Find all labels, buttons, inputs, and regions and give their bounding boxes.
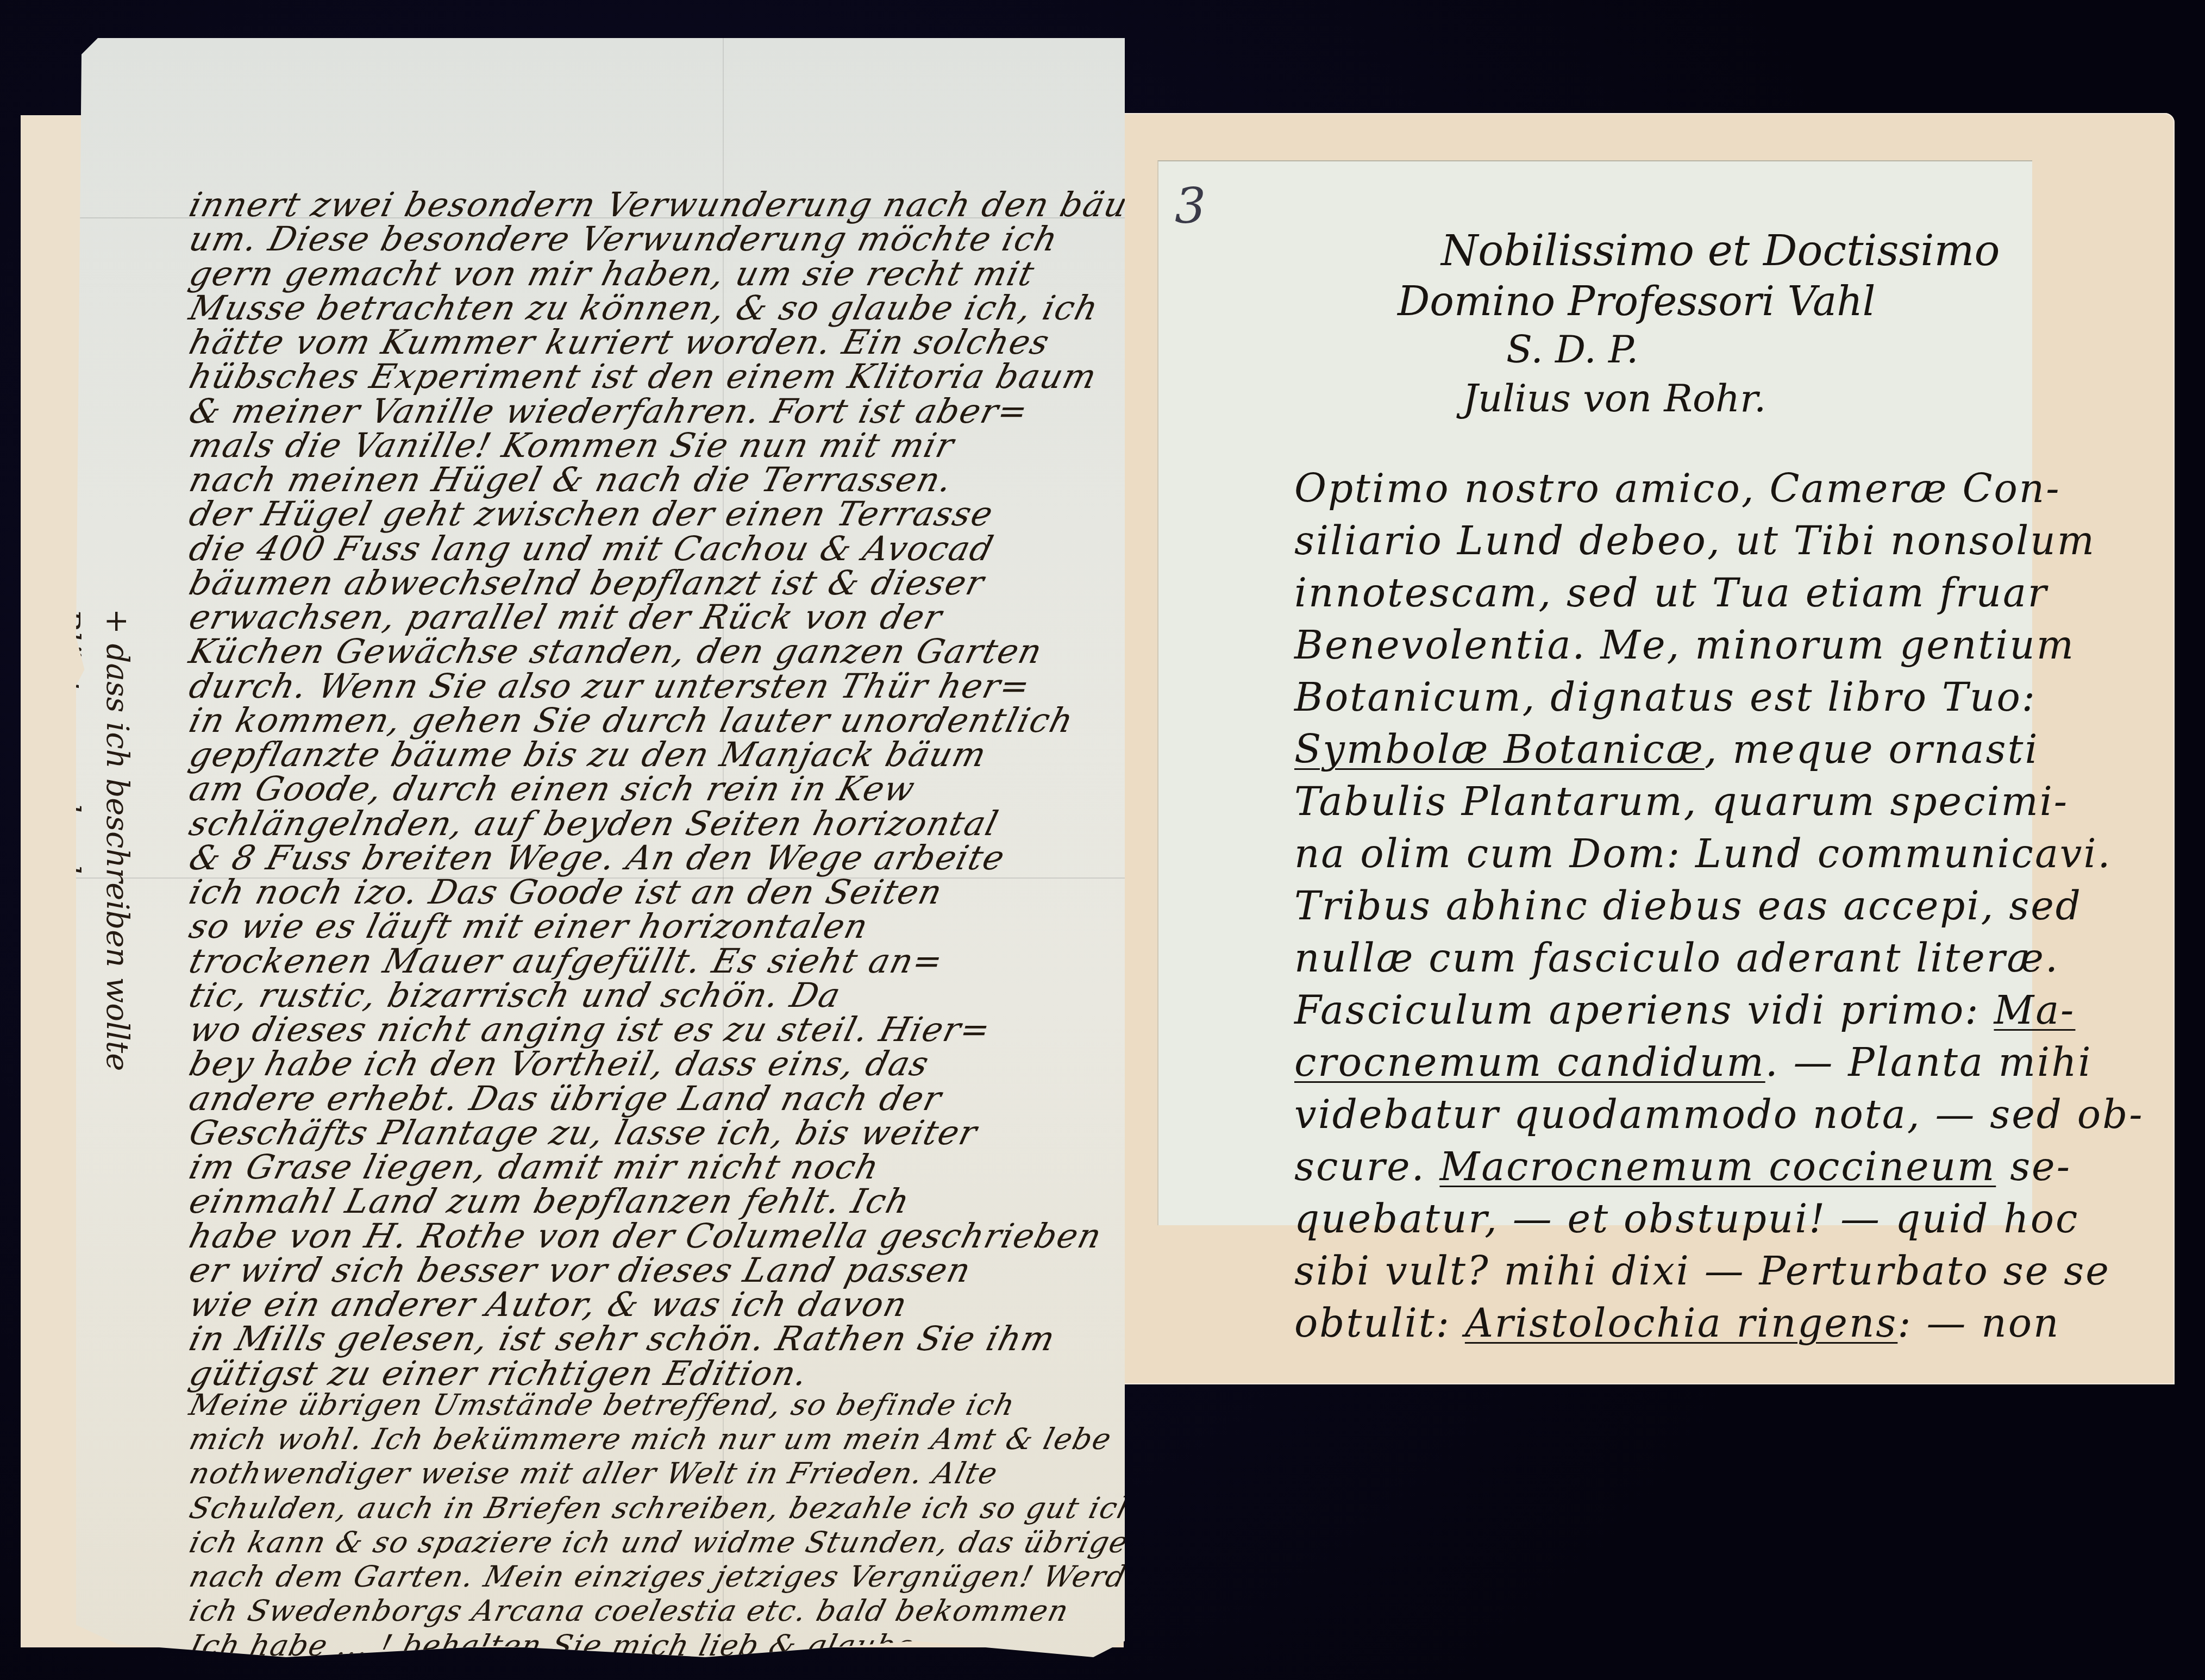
handwritten-line: Musse betrachten zu können, & so glaube … [185,288,1103,328]
handwritten-line: Benevolentia. Me, minorum gentium [1294,622,2075,668]
margin-note-line: + dass ich beschreiben wollte [92,609,141,1315]
handwritten-line: & 8 Fuss breiten Wege. An den Wege arbei… [185,838,1010,877]
page-number: 3 [1175,178,1206,235]
handwritten-line: na olim cum Dom: Lund communicavi. [1294,831,2112,876]
handwritten-line: die 400 Fuss lang und mit Cachou & Avoca… [185,529,998,568]
handwritten-line: sibi vult? mihi dixi — Perturbato se se [1294,1248,2110,1294]
handwritten-line: Symbolæ Botanicæ, meque ornasti [1294,726,2039,772]
handwritten-line: nothwendiger weise mit aller Welt in Fri… [186,1456,1002,1490]
handwritten-line: ich kann & so spaziere ich und widme Stu… [186,1525,1132,1559]
handwritten-line: am Goode, durch einen sich rein in Kew [185,769,920,808]
underlined-taxon: Symbolæ Botanicæ [1294,726,1705,772]
handwritten-line: habe von H. Rothe von der Columella gesc… [185,1216,1106,1256]
handwritten-line: ich Swedenborgs Arcana coelestia etc. ba… [186,1594,1073,1628]
handwritten-line: um. Diese besondere Verwunderung möchte … [185,219,1063,259]
salutation-line: Domino Professori Vahl [1398,278,1876,325]
handwritten-line: einmahl Land zum bepflanzen fehlt. Ich [185,1181,914,1221]
handwritten-line: crocnemum candidum. — Planta mihi [1294,1039,2093,1085]
handwritten-line: hübsches Experiment ist den einem Klitor… [185,356,1101,396]
handwritten-line: siliario Lund debeo, ut Tibi nonsolum [1294,518,2096,563]
handwritten-line: in kommen, gehen Sie durch lauter unorde… [185,700,1078,740]
underlined-taxon: Ma- [1994,987,2075,1033]
signature: Julius von Rohr. [1463,376,1766,421]
handwritten-line: Tabulis Plantarum, quarum specimi- [1294,779,2069,824]
handwritten-line: & meiner Vanille wiederfahren. Fort ist … [185,391,1033,431]
handwritten-line: schlängelnden, auf beyden Seiten horizon… [185,804,1003,843]
handwritten-line: gütigst zu einer richtigen Edition. [185,1353,813,1393]
handwritten-line: quebatur, — et obstupui! — quid hoc [1294,1196,2079,1242]
latin-letter: 3 Nobilissimo et Doctissimo Domino Profe… [1157,160,2032,1225]
underlined-taxon: Aristolochia ringens [1465,1300,1897,1346]
handwritten-line: trockenen Mauer aufgefüllt. Es sieht an= [185,941,948,981]
handwritten-line: er wird sich besser vor dieses Land pass… [185,1250,976,1290]
handwritten-line: Tribus abhinc diebus eas accepi, sed [1294,883,2082,929]
handwritten-line: innotescam, sed ut Tua etiam fruar [1294,570,2048,616]
handwritten-line: Schulden, auch in Briefen schreiben, bez… [186,1491,1142,1525]
handwritten-line: scure. Macrocnemum coccineum se- [1294,1144,2071,1189]
handwritten-line: bey habe ich den Vortheil, dass eins, da… [185,1044,934,1083]
underlined-taxon: crocnemum candidum [1294,1039,1765,1085]
handwritten-line: mich wohl. Ich bekümmere mich nur um mei… [186,1422,1116,1456]
handwritten-line: nach dem Garten. Mein einziges jetziges … [186,1559,1149,1594]
handwritten-line: nullæ cum fasciculo aderant literæ. [1294,935,2059,981]
handwritten-line: videbatur quodammodo nota, — sed ob- [1294,1092,2144,1137]
handwritten-line: Botanicum, dignatus est libro Tuo: [1294,674,2037,720]
salutation-line: S. D. P. [1506,327,1638,372]
handwritten-line: bäumen abwechselnd bepflanzt ist & diese… [185,563,989,603]
handwritten-line: Fasciculum aperiens vidi primo: Ma- [1294,987,2075,1033]
handwritten-line: gern gemacht von mir haben, um sie recht… [185,254,1039,293]
handwritten-line: der Hügel geht zwischen der einen Terras… [185,494,998,534]
handwritten-line: andere erhebt. Das übrige Land nach der [185,1079,947,1118]
handwritten-line: in Mills gelesen, ist sehr schön. Rathen… [185,1319,1060,1358]
salutation-line: Nobilissimo et Doctissimo [1441,227,2000,275]
handwritten-line: so wie es läuft mit einer horizontalen [185,906,873,946]
german-letter: innert zwei besondern Verwunderung nach … [76,38,1125,1657]
handwritten-line: Meine übrigen Umstände betreffend, so be… [186,1388,1019,1422]
underlined-taxon: Macrocnemum coccineum [1439,1144,1996,1189]
handwritten-line: Küchen Gewächse standen, den ganzen Gart… [185,631,1047,671]
handwritten-line: Optimo nostro amico, Cameræ Con- [1294,466,2061,511]
handwritten-line: mals die Vanille! Kommen Sie nun mit mir [185,425,959,465]
handwritten-line: Geschäfts Plantage zu, lasse ich, bis we… [185,1113,982,1152]
handwritten-line: tic, rustic, bizarrisch und schön. Da [185,975,845,1015]
handwritten-line: Ich habe ... ! behalten Sie mich lieb & … [186,1628,919,1663]
handwritten-line: obtulit: Aristolochia ringens: — non [1294,1300,2060,1346]
handwritten-line: durch. Wenn Sie also zur untersten Thür … [185,666,1035,706]
